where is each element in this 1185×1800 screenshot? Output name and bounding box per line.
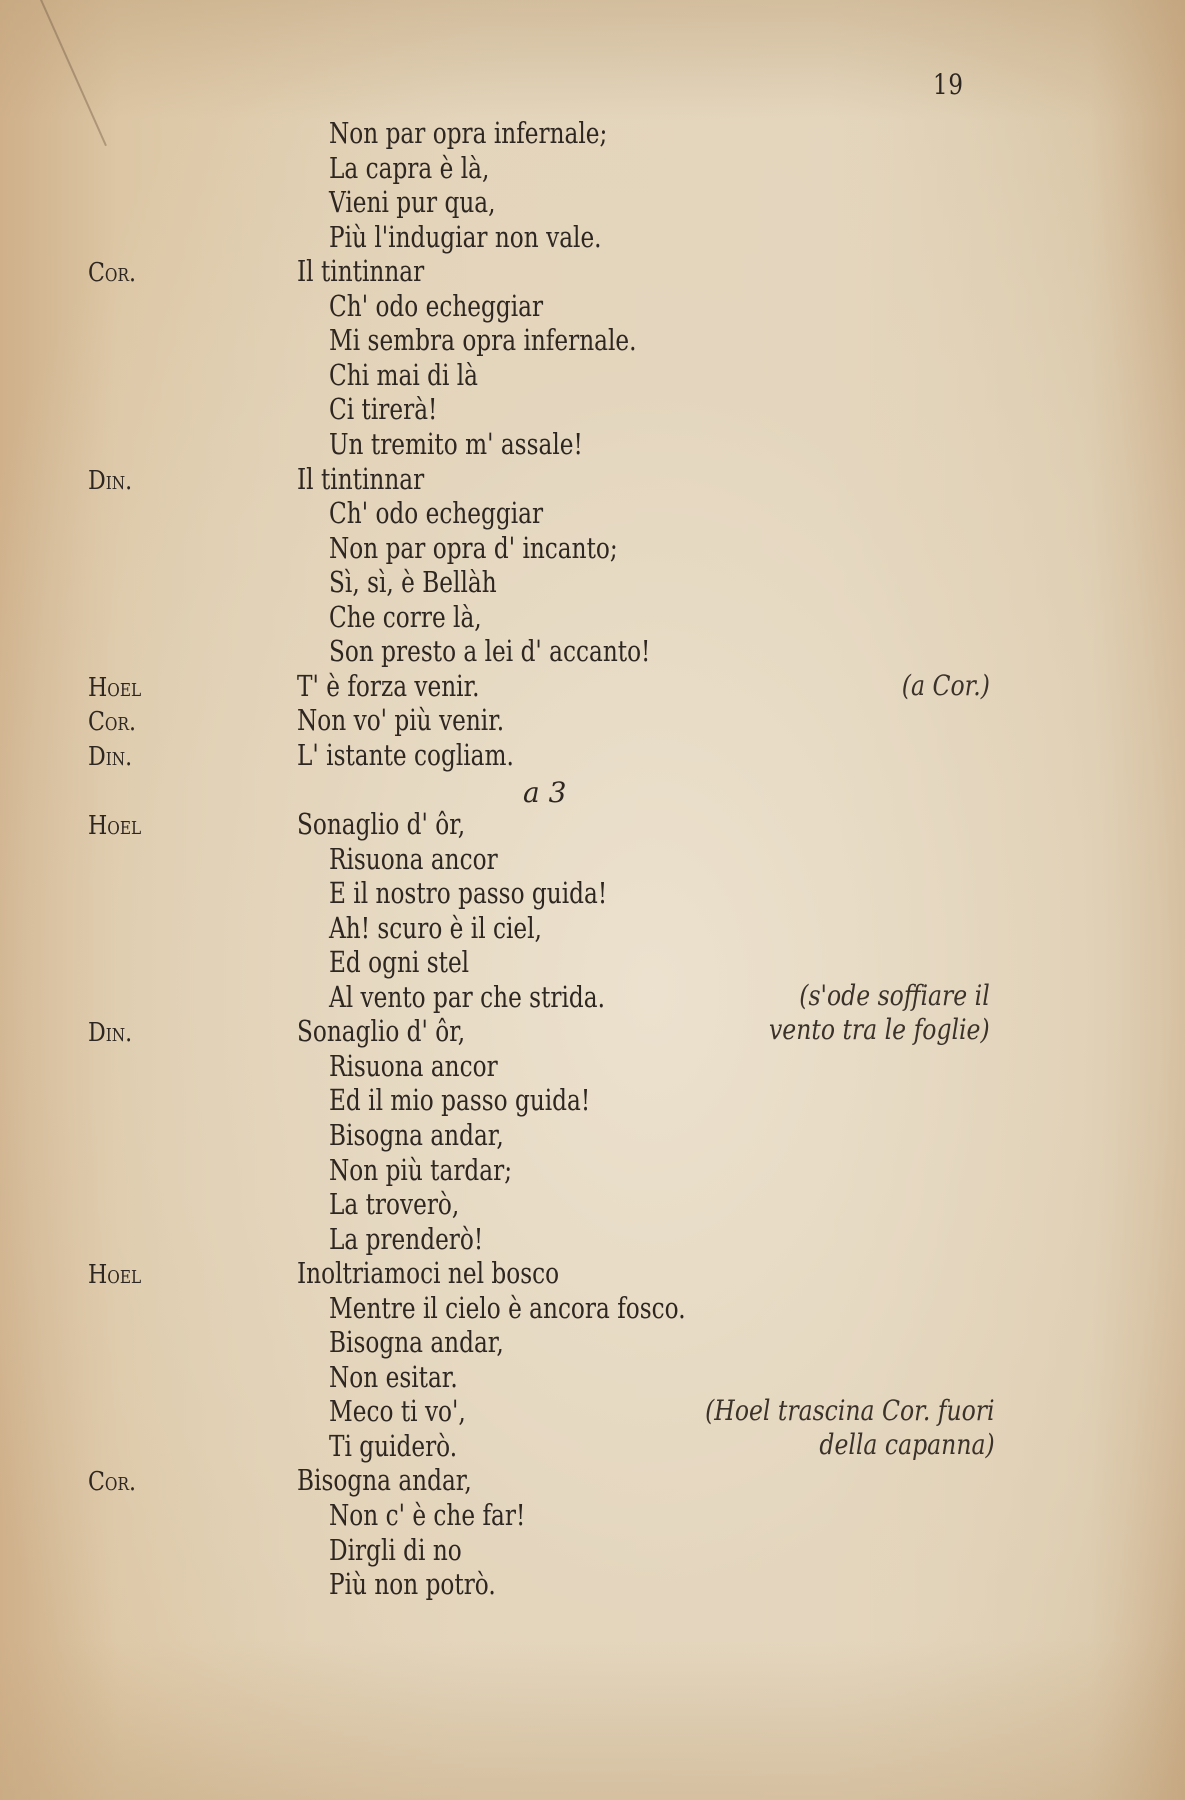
verse-line: Il tintinnar — [297, 462, 424, 496]
book-page: 19 Non par opra infernale;La capra è là,… — [0, 0, 1185, 1800]
stage-direction: (s'ode soffiare il — [800, 979, 990, 1013]
verse-line: Ch' odo echeggiar — [329, 496, 543, 530]
verse-line: Non vo' più venir. — [297, 703, 504, 737]
paper-shading-top — [0, 0, 1185, 120]
verse-line: L' istante cogliam. — [297, 738, 514, 772]
verse-line: La troverò, — [329, 1187, 459, 1221]
verse-line: Non esitar. — [329, 1360, 458, 1394]
speaker-label: Cor. — [88, 256, 136, 290]
stage-direction: (a Cor.) — [902, 669, 990, 703]
page-number: 19 — [933, 68, 964, 101]
speaker-label: Cor. — [88, 705, 136, 739]
verse-line: Sonaglio d' ôr, — [297, 1014, 465, 1048]
verse-line: Che corre là, — [329, 600, 482, 634]
verse-line: Ti guiderò. — [329, 1429, 457, 1463]
speaker-label: Hoel — [88, 671, 141, 705]
stage-direction: (Hoel trascina Cor. fuori — [706, 1394, 995, 1428]
verse-line: Vieni pur qua, — [329, 185, 496, 219]
verse-line: Ah! scuro è il ciel, — [329, 911, 542, 945]
verse-line: Bisogna andar, — [329, 1325, 504, 1359]
speaker-label: Hoel — [88, 1258, 141, 1292]
verse-line: La prenderò! — [329, 1222, 483, 1256]
verse-line: Meco ti vo', — [329, 1394, 466, 1428]
verse-line: Ch' odo echeggiar — [329, 289, 543, 323]
verse-line: Sì, sì, è Bellàh — [329, 565, 497, 599]
verse-line: Non più tardar; — [329, 1153, 512, 1187]
verse-line: Ci tirerà! — [329, 392, 437, 426]
verse-line: Non c' è che far! — [329, 1498, 525, 1532]
verse-line: Ed il mio passo guida! — [329, 1083, 590, 1117]
verse-line: Sonaglio d' ôr, — [297, 807, 465, 841]
verse-line: T' è forza venir. — [297, 669, 480, 703]
verse-line: Ed ogni stel — [329, 945, 469, 979]
verse-line: Non par opra infernale; — [329, 116, 607, 150]
stage-direction: vento tra le foglie) — [769, 1013, 990, 1047]
verse-line: Risuona ancor — [329, 1049, 498, 1083]
verse-line: Più non potrò. — [329, 1567, 496, 1601]
verse-line: Il tintinnar — [297, 254, 424, 288]
speaker-label: Cor. — [88, 1465, 136, 1499]
speaker-label: Din. — [88, 740, 132, 774]
verse-line: Bisogna andar, — [297, 1463, 472, 1497]
verse-line: Son presto a lei d' accanto! — [329, 634, 650, 668]
stage-direction: della capanna) — [820, 1428, 995, 1462]
verse-line: Mentre il cielo è ancora fosco. — [329, 1291, 686, 1325]
speaker-label: Hoel — [88, 809, 141, 843]
speaker-label: Din. — [88, 1016, 132, 1050]
verse-line: Più l'indugiar non vale. — [329, 220, 602, 254]
verse-line: Risuona ancor — [329, 842, 498, 876]
verse-line: E il nostro passo guida! — [329, 876, 607, 910]
verse-line: Non par opra d' incanto; — [329, 531, 618, 565]
paper-shading-bottom — [0, 1640, 1185, 1800]
verse-line: La capra è là, — [329, 151, 489, 185]
ensemble-marker: a 3 — [523, 776, 566, 810]
verse-line: Dirgli di no — [329, 1533, 462, 1567]
speaker-label: Din. — [88, 464, 132, 498]
verse-line: Inoltriamoci nel bosco — [297, 1256, 559, 1290]
verse-line: Al vento par che strida. — [329, 980, 605, 1014]
verse-line: Mi sembra opra infernale. — [329, 323, 637, 357]
verse-line: Un tremito m' assale! — [329, 427, 583, 461]
verse-line: Bisogna andar, — [329, 1118, 504, 1152]
verse-line: Chi mai di là — [329, 358, 478, 392]
